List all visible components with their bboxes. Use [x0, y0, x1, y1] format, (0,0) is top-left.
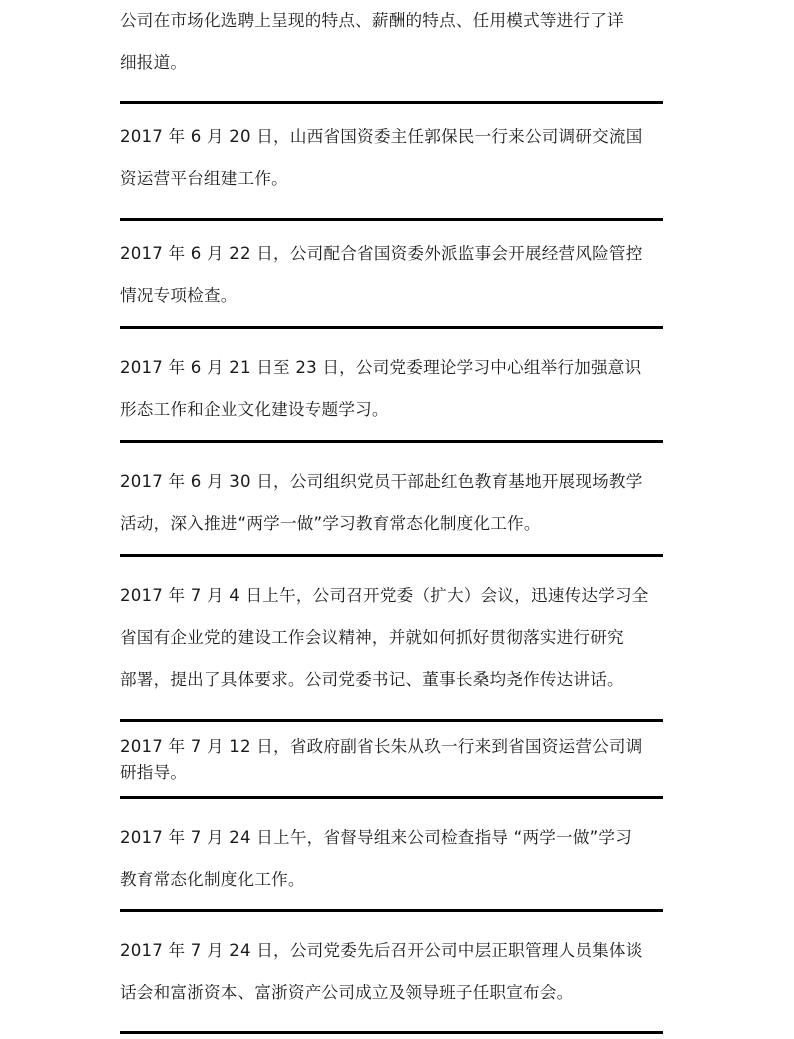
- text-line: 2017 年 7 月 24 日，公司党委先后召开公司中层正职管理人员集体谈: [120, 930, 663, 972]
- text-line: 2017 年 6 月 22 日，公司配合省国资委外派监事会开展经营风险管控: [120, 233, 663, 275]
- news-entry: 2017 年 6 月 30 日，公司组织党员干部赴红色教育基地开展现场教学 活动…: [120, 461, 663, 545]
- text-line: 部署，提出了具体要求。公司党委书记、董事长桑均尧作传达讲话。: [120, 659, 663, 701]
- entry-text: 2017 年 7 月 12 日，省政府副省长朱从玖一行来到省国资运营公司调 研指…: [120, 734, 663, 786]
- entry-text: 2017 年 7 月 24 日上午，省督导组来公司检查指导 “两学一做”学习 教…: [120, 817, 663, 901]
- text-line: 2017 年 7 月 12 日，省政府副省长朱从玖一行来到省国资运营公司调: [120, 734, 663, 760]
- divider-rule: [120, 1031, 663, 1034]
- text-line: 省国有企业党的建设工作会议精神，并就如何抓好贯彻落实进行研究: [120, 617, 663, 659]
- entry-text: 2017 年 7 月 24 日，公司党委先后召开公司中层正职管理人员集体谈 话会…: [120, 930, 663, 1014]
- entry-text: 2017 年 6 月 30 日，公司组织党员干部赴红色教育基地开展现场教学 活动…: [120, 461, 663, 545]
- divider-rule: [120, 326, 663, 329]
- text-line: 资运营平台组建工作。: [120, 158, 663, 200]
- text-line: 2017 年 7 月 4 日上午，公司召开党委（扩大）会议，迅速传达学习全: [120, 575, 663, 617]
- text-line: 细报道。: [120, 42, 663, 84]
- entry-text: 2017 年 7 月 4 日上午，公司召开党委（扩大）会议，迅速传达学习全 省国…: [120, 575, 663, 701]
- news-entry: 公司在市场化选聘上呈现的特点、薪酬的特点、任用模式等进行了详 细报道。: [120, 0, 663, 84]
- text-line: 2017 年 6 月 21 日至 23 日，公司党委理论学习中心组举行加强意识: [120, 347, 663, 389]
- news-entry: 2017 年 6 月 21 日至 23 日，公司党委理论学习中心组举行加强意识 …: [120, 347, 663, 431]
- divider-rule: [120, 796, 663, 799]
- text-line: 2017 年 6 月 20 日，山西省国资委主任郭保民一行来公司调研交流国: [120, 116, 663, 158]
- text-line: 公司在市场化选聘上呈现的特点、薪酬的特点、任用模式等进行了详: [120, 0, 663, 42]
- text-line: 2017 年 6 月 30 日，公司组织党员干部赴红色教育基地开展现场教学: [120, 461, 663, 503]
- news-entry: 2017 年 7 月 4 日上午，公司召开党委（扩大）会议，迅速传达学习全 省国…: [120, 575, 663, 701]
- entry-text: 2017 年 6 月 22 日，公司配合省国资委外派监事会开展经营风险管控 情况…: [120, 233, 663, 317]
- text-line: 教育常态化制度化工作。: [120, 859, 663, 901]
- text-line: 研指导。: [120, 760, 663, 786]
- news-entry: 2017 年 7 月 24 日上午，省督导组来公司检查指导 “两学一做”学习 教…: [120, 817, 663, 901]
- entry-text: 2017 年 6 月 20 日，山西省国资委主任郭保民一行来公司调研交流国 资运…: [120, 116, 663, 200]
- news-entry: 2017 年 6 月 20 日，山西省国资委主任郭保民一行来公司调研交流国 资运…: [120, 116, 663, 200]
- text-line: 活动，深入推进“两学一做”学习教育常态化制度化工作。: [120, 503, 663, 545]
- divider-rule: [120, 101, 663, 104]
- news-entry: 2017 年 6 月 22 日，公司配合省国资委外派监事会开展经营风险管控 情况…: [120, 233, 663, 317]
- entry-text: 2017 年 6 月 21 日至 23 日，公司党委理论学习中心组举行加强意识 …: [120, 347, 663, 431]
- entry-text: 公司在市场化选聘上呈现的特点、薪酬的特点、任用模式等进行了详 细报道。: [120, 0, 663, 84]
- divider-rule: [120, 218, 663, 221]
- divider-rule: [120, 440, 663, 443]
- text-line: 2017 年 7 月 24 日上午，省督导组来公司检查指导 “两学一做”学习: [120, 817, 663, 859]
- divider-rule: [120, 719, 663, 722]
- divider-rule: [120, 909, 663, 912]
- text-line: 情况专项检查。: [120, 275, 663, 317]
- divider-rule: [120, 554, 663, 557]
- news-entry: 2017 年 7 月 12 日，省政府副省长朱从玖一行来到省国资运营公司调 研指…: [120, 734, 663, 786]
- text-line: 形态工作和企业文化建设专题学习。: [120, 389, 663, 431]
- text-line: 话会和富浙资本、富浙资产公司成立及领导班子任职宣布会。: [120, 972, 663, 1014]
- news-entry: 2017 年 7 月 24 日，公司党委先后召开公司中层正职管理人员集体谈 话会…: [120, 930, 663, 1014]
